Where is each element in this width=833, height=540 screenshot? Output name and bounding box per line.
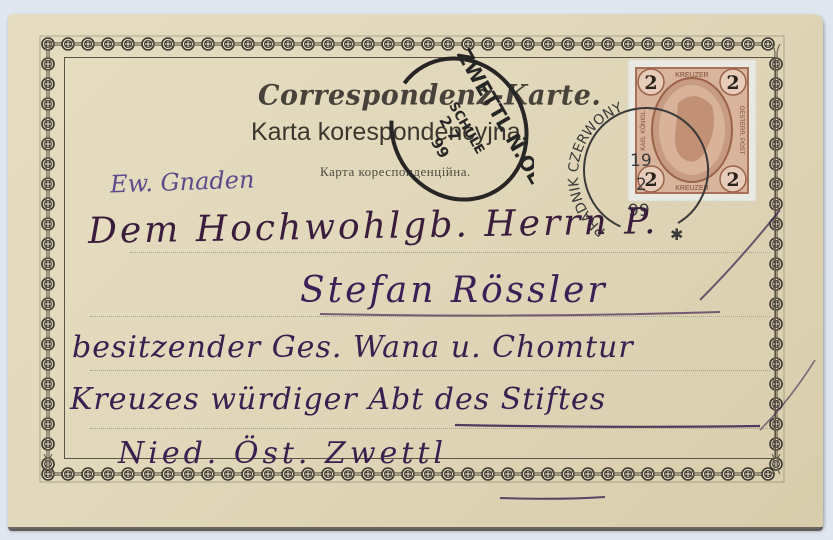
svg-text:✱: ✱ xyxy=(670,225,683,244)
svg-text:2: 2 xyxy=(636,175,647,195)
address-line xyxy=(90,370,770,371)
svg-text:19: 19 xyxy=(630,151,652,171)
handwriting-line-5: Kreuzes würdiger Abt des Stiftes xyxy=(70,382,606,417)
handwriting-line-6: Nied. Öst. Zwettl xyxy=(118,436,447,471)
address-line xyxy=(90,316,770,317)
postmark-zwettl: ZWETTL N.OE 2 7 SCHULE 99 xyxy=(384,44,534,214)
address-line xyxy=(90,428,770,429)
svg-text:2: 2 xyxy=(726,169,739,191)
svg-text:2: 2 xyxy=(726,72,739,94)
handwriting-line-4: besitzender Ges. Wana u. Chomtur xyxy=(72,330,634,365)
address-line xyxy=(130,252,770,253)
handwriting-salutation: Ew. Gnaden xyxy=(110,165,255,198)
svg-text:OESTERR. POST: OESTERR. POST xyxy=(738,106,744,155)
handwriting-recipient-name: Stefan Rössler xyxy=(300,270,608,311)
svg-text:KREUZER: KREUZER xyxy=(675,72,708,79)
